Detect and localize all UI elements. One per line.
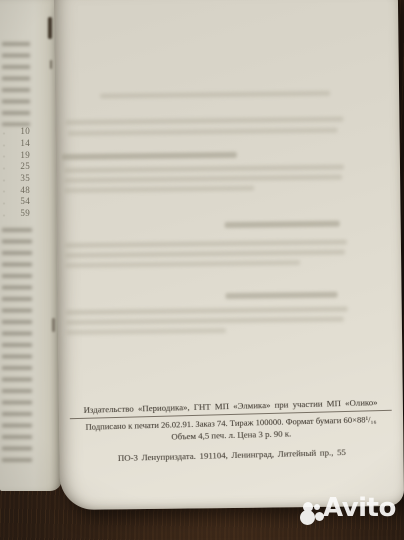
- toc-entry: . 10: [0, 126, 31, 138]
- bleedthrough-line: [66, 307, 348, 315]
- blurred-text-block: [2, 228, 32, 462]
- bleedthrough-line: [66, 317, 344, 325]
- bleedthrough-line: [68, 128, 338, 136]
- right-book-page: Издательство «Периодика», ГНТ МП «Элмика…: [54, 0, 404, 510]
- toc-page-number: 48: [20, 186, 30, 195]
- toc-page-number: 54: [20, 197, 30, 206]
- blurred-text-block: [2, 42, 30, 126]
- bleedthrough-heading: [226, 292, 338, 299]
- avito-wordmark: Avito: [323, 493, 396, 524]
- toc-entry: . 14: [0, 138, 31, 150]
- printing-house-address-line: ПО-3 Ленуприздата. 191104, Ленинград, Ли…: [66, 445, 398, 465]
- colophon-block: Издательство «Периодика», ГНТ МП «Элмика…: [64, 397, 397, 465]
- dot-leader: .: [3, 151, 5, 159]
- avito-logo-icon: [314, 504, 320, 510]
- dot-leader: .: [3, 163, 5, 171]
- toc-entry: . 35: [0, 173, 31, 185]
- bleedthrough-line: [65, 240, 347, 248]
- gutter-shadow-mark: [48, 17, 52, 39]
- bleedthrough-heading: [225, 221, 340, 228]
- dot-leader: .: [3, 175, 5, 183]
- left-book-page: . 10 . 14 . 19 . 25 . 35 . 48: [0, 0, 62, 491]
- toc-page-number: 59: [20, 209, 30, 218]
- bleedthrough-line: [65, 260, 300, 268]
- avito-watermark: Avito: [290, 492, 402, 536]
- photo-of-open-book: . 10 . 14 . 19 . 25 . 35 . 48: [0, 0, 404, 540]
- avito-logo-icon: [300, 510, 315, 525]
- dot-leader: .: [3, 140, 5, 148]
- bleedthrough-line: [65, 117, 343, 125]
- dot-leader: .: [3, 198, 5, 206]
- dot-leader: .: [3, 128, 5, 136]
- dot-leader: .: [3, 186, 5, 194]
- bleedthrough-line: [64, 175, 342, 183]
- toc-entry: . 19: [0, 149, 31, 161]
- bleedthrough-line: [64, 186, 254, 193]
- bleedthrough-line: [65, 250, 345, 258]
- bleedthrough-heading: [62, 152, 237, 160]
- toc-page-number: 14: [20, 139, 30, 148]
- gutter-shadow-mark: [52, 318, 55, 332]
- toc-page-number: 10: [20, 127, 30, 136]
- bleedthrough-line: [66, 328, 226, 335]
- bleedthrough-line: [64, 165, 344, 173]
- toc-page-number: 35: [20, 174, 30, 183]
- toc-page-number: 25: [20, 162, 30, 171]
- gutter-shadow-mark: [50, 60, 52, 69]
- toc-page-number-column: . 10 . 14 . 19 . 25 . 35 . 48: [0, 126, 31, 220]
- dot-leader: .: [3, 210, 5, 218]
- bleedthrough-line: [100, 91, 330, 99]
- toc-page-number: 19: [20, 151, 30, 160]
- toc-entry: . 48: [0, 184, 31, 196]
- avito-logo-icon: [303, 502, 313, 512]
- toc-entry: . 54: [0, 196, 31, 208]
- toc-entry: . 59: [0, 208, 31, 220]
- toc-entry: . 25: [0, 161, 31, 173]
